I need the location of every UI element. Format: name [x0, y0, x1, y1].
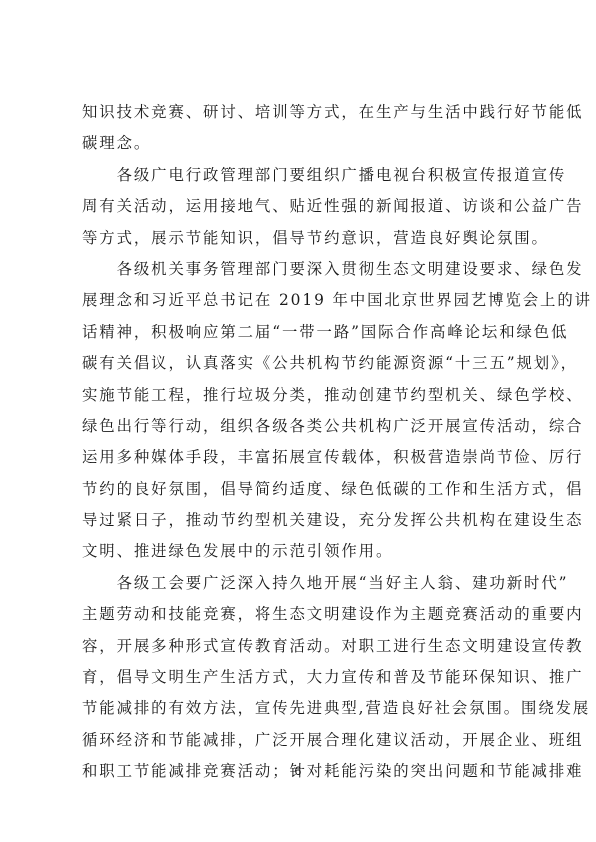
- text-line: 等方式，展示节能知识，倡导节约意识，营造良好舆论氛围。: [82, 223, 516, 254]
- text-line: 碳有关倡议，认真落实《公共机构节约能源资源“十三五”规划》，: [82, 348, 516, 379]
- text-line: 主题劳动和技能竞赛，将生态文明建设作为主题竞赛活动的重要内: [82, 599, 516, 630]
- text-line: 周有关活动，运用接地气、贴近性强的新闻报道、访谈和公益广告: [82, 191, 516, 222]
- text-line: 话精神，积极响应第二届“一带一路”国际合作高峰论坛和绿色低: [82, 317, 516, 348]
- text-line: 运用多种媒体手段，丰富拓展宣传载体，积极营造崇尚节俭、厉行: [82, 442, 516, 473]
- text-line: 实施节能工程，推行垃圾分类，推动创建节约型机关、绿色学校、: [82, 380, 516, 411]
- text-line: 节能减排的有效方法，宣传先进典型,营造良好社会氛围。围绕发展: [82, 693, 516, 724]
- text-line: 展理念和习近平总书记在 2019 年中国北京世界园艺博览会上的讲: [82, 285, 516, 316]
- paragraph-trade-unions: 各级工会要广泛深入持久地开展“当好主人翁、建功新时代” 主题劳动和技能竞赛，将生…: [82, 568, 516, 788]
- text-line: 循环经济和节能减排，广泛开展合理化建议活动，开展企业、班组: [82, 725, 516, 756]
- text-line: 碳理念。: [82, 128, 516, 159]
- text-line: 容，开展多种形式宣传教育活动。对职工进行生态文明建设宣传教: [82, 631, 516, 662]
- text-line: 文明、推进绿色发展中的示范引领作用。: [82, 536, 516, 567]
- text-line: 各级广电行政管理部门要组织广播电视台积极宣传报道宣传: [82, 160, 516, 191]
- paragraph-government-affairs: 各级机关事务管理部门要深入贯彻生态文明建设要求、绿色发 展理念和习近平总书记在 …: [82, 254, 516, 568]
- text-line: 知识技术竞赛、研讨、培训等方式，在生产与生活中践行好节能低: [82, 97, 516, 128]
- body-text: 知识技术竞赛、研讨、培训等方式，在生产与生活中践行好节能低 碳理念。 各级广电行…: [82, 97, 516, 788]
- paragraph-broadcast: 各级广电行政管理部门要组织广播电视台积极宣传报道宣传 周有关活动，运用接地气、贴…: [82, 160, 516, 254]
- page-number: 6: [0, 764, 596, 778]
- text-line: 节约的良好氛围，倡导简约适度、绿色低碳的工作和生活方式，倡: [82, 474, 516, 505]
- text-line: 育，倡导文明生产生活方式，大力宣传和普及节能环保知识、推广: [82, 662, 516, 693]
- paragraph-continuation: 知识技术竞赛、研讨、培训等方式，在生产与生活中践行好节能低 碳理念。: [82, 97, 516, 160]
- text-line: 绿色出行等行动，组织各级各类公共机构广泛开展宣传活动，综合: [82, 411, 516, 442]
- document-page: 知识技术竞赛、研讨、培训等方式，在生产与生活中践行好节能低 碳理念。 各级广电行…: [0, 0, 596, 842]
- text-line: 各级机关事务管理部门要深入贯彻生态文明建设要求、绿色发: [82, 254, 516, 285]
- text-line: 各级工会要广泛深入持久地开展“当好主人翁、建功新时代”: [82, 568, 516, 599]
- text-line: 导过紧日子，推动节约型机关建设，充分发挥公共机构在建设生态: [82, 505, 516, 536]
